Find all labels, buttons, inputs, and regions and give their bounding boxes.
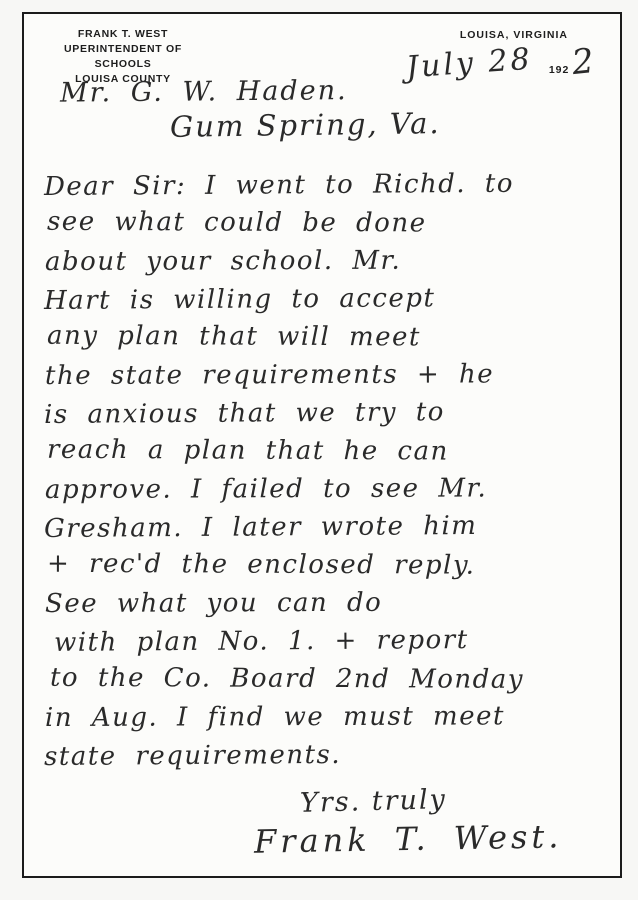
body-line: See what you can do <box>44 583 610 623</box>
body-line: Gresham. I later wrote him <box>44 506 610 548</box>
valediction: Yrs. truly <box>300 784 448 819</box>
date-year-digit: 2 <box>570 41 596 83</box>
body-line: any plan that will meet <box>44 317 610 357</box>
scanned-letter: FRANK T. WEST UPERINTENDENT OF SCHOOLS L… <box>0 0 638 900</box>
body-line: + rec'd the enclosed reply. <box>44 545 610 585</box>
signature: Frank T. West. <box>254 817 563 860</box>
sender-title: UPERINTENDENT OF SCHOOLS <box>38 42 208 72</box>
body-line: state requirements. <box>44 734 610 776</box>
recipient-name: Mr. G. W. Haden. <box>60 74 441 108</box>
body-line: with plan No. 1. + report <box>44 620 610 662</box>
body-line: is anxious that we try to <box>44 392 610 434</box>
letterhead-place: LOUISA, VIRGINIA <box>460 29 568 41</box>
letter-body: Dear Sir: I went to Richd. to see what c… <box>44 166 610 774</box>
date-year-printed: 192 <box>549 64 570 76</box>
body-line: the state requirements + he <box>44 355 610 395</box>
body-line: see what could be done <box>44 203 610 243</box>
body-line: Hart is willing to accept <box>44 278 610 320</box>
sender-name: FRANK T. WEST <box>38 27 208 42</box>
body-line: to the Co. Board 2nd Monday <box>44 659 610 699</box>
body-line: about your school. Mr. <box>44 241 610 281</box>
body-line: Dear Sir: I went to Richd. to <box>44 164 610 206</box>
body-line: approve. I failed to see Mr. <box>44 469 610 509</box>
body-line: in Aug. I find we must meet <box>44 697 610 737</box>
recipient-address: Gum Spring, Va. <box>170 106 441 144</box>
body-line: reach a plan that he can <box>44 431 610 471</box>
letter-page: FRANK T. WEST UPERINTENDENT OF SCHOOLS L… <box>22 12 622 878</box>
recipient-block: Mr. G. W. Haden. Gum Spring, Va. <box>60 76 441 142</box>
